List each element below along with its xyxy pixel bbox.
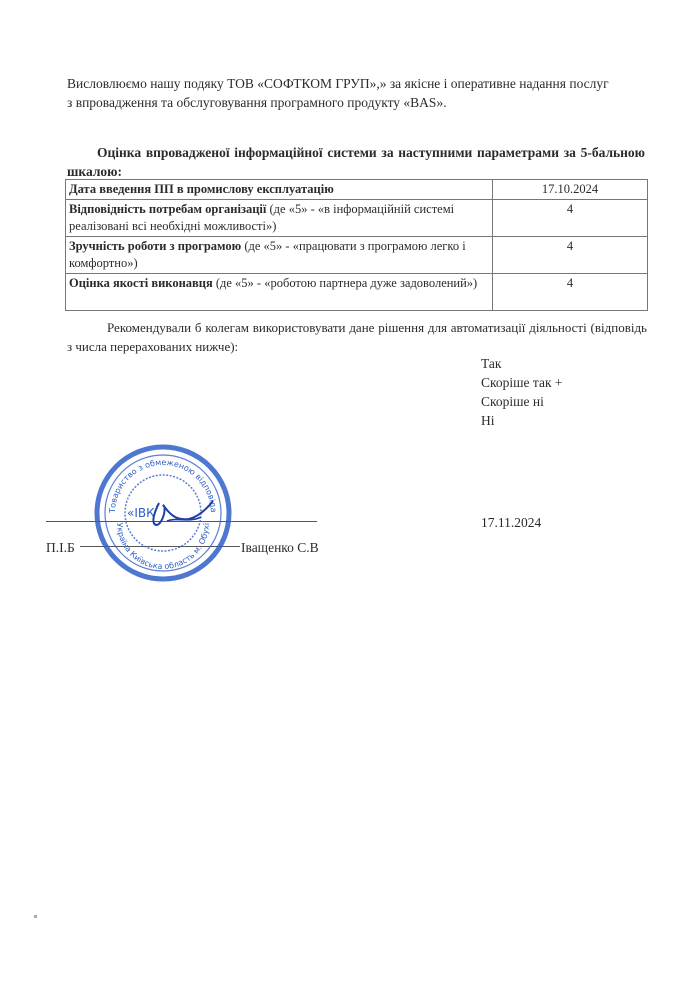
row-label: Відповідність потребам організації (де «… [66, 200, 493, 237]
row-label: Дата введення ПП в промислову експлуатац… [66, 180, 493, 200]
row-label: Зручність роботи з програмою (де «5» - «… [66, 237, 493, 274]
signer-name: Іващенко С.В [241, 538, 319, 557]
answer-options: Так Скоріше так + Скоріше ні Ні [481, 354, 563, 430]
scan-artifact [34, 915, 37, 918]
row-value: 4 [493, 237, 648, 274]
svg-text:«ІВК: «ІВК [127, 506, 155, 520]
recommend-paragraph: Рекомендували б колегам використовувати … [67, 318, 647, 356]
row-value: 4 [493, 274, 648, 311]
option-rather-yes: Скоріше так + [481, 373, 563, 392]
option-yes: Так [481, 354, 563, 373]
row-label: Оцінка якості виконавця (де «5» - «робот… [66, 274, 493, 311]
row-value: 17.10.2024 [493, 180, 648, 200]
company-stamp-icon: Товариство з обмеженою відповідальністю … [93, 443, 233, 583]
pib-label: П.І.Б [46, 538, 75, 557]
table-row: Відповідність потребам організації (де «… [66, 200, 648, 237]
row-value: 4 [493, 200, 648, 237]
intro-line-2: з впровадження та обслуговування програм… [67, 93, 647, 112]
table-row: Зручність роботи з програмою (де «5» - «… [66, 237, 648, 274]
option-no: Ні [481, 411, 563, 430]
signature-date: 17.11.2024 [481, 513, 541, 532]
table-row: Оцінка якості виконавця (де «5» - «робот… [66, 274, 648, 311]
rating-table: Дата введення ПП в промислову експлуатац… [65, 179, 648, 311]
rating-heading: Оцінка впровадженої інформаційної систем… [67, 143, 645, 181]
intro-line-1: Висловлюємо нашу подяку ТОВ «СОФТКОМ ГРУ… [67, 74, 647, 93]
table-row: Дата введення ПП в промислову експлуатац… [66, 180, 648, 200]
intro-paragraph: Висловлюємо нашу подяку ТОВ «СОФТКОМ ГРУ… [67, 74, 647, 112]
option-rather-no: Скоріше ні [481, 392, 563, 411]
